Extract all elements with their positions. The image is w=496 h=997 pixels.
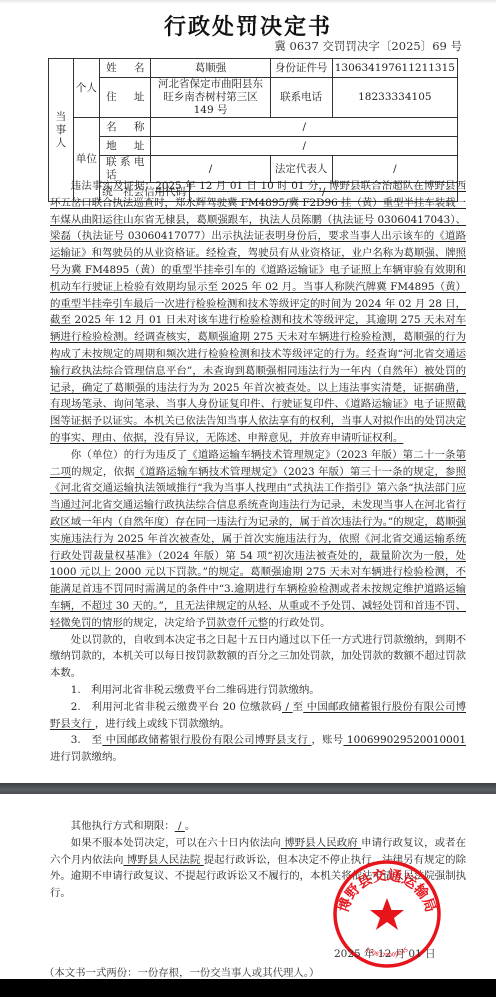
document-page-1: 行政处罚决定书 冀 0637 交罚罚决字〔2025〕69 号 当事人 个人 姓 …: [0, 0, 496, 783]
method2-suffix: ，进行线上或线下罚款缴纳。: [95, 718, 230, 730]
payment-intro: 处以罚款的，自收到本决定书之日起十五日内通过以下任一方式进行罚款缴纳，到期不缴纳…: [50, 632, 466, 682]
legal-basis: 《道路运输车辆技术管理规定》（2023 年版）第三十一条的规定，参照《河北省交通…: [50, 466, 466, 629]
individual-label: 个人: [73, 59, 100, 118]
unit-name-label: 名 称: [100, 118, 151, 137]
violation-paragraph: 你（单位）的行为违反了《道路运输车辆技术管理规定》（2023 年版）第二十一条第…: [50, 447, 466, 632]
penalty: 罚款壹仟元整: [206, 617, 268, 629]
other-exec-value: /: [175, 820, 185, 832]
phone-label: 联系电话: [270, 78, 332, 118]
decision-prefix: 的规定，决定给予: [123, 617, 206, 629]
method3-bank: 中国邮政储蓄银行股份有限公司博野县支行: [102, 734, 311, 746]
document-title: 行政处罚决定书: [0, 10, 496, 41]
unit-address-value: /: [151, 137, 458, 156]
address-value: 河北省保定市曲阳县东旺乡南杏树村第三区 149 号: [151, 78, 270, 118]
bank-account: 100699029520010001: [343, 734, 466, 746]
method2-prefix: 2. 利用河北省非税云缴费平台 20 位缴款码: [71, 701, 282, 713]
payment-method-2: 2. 利用河北省非税云缴费平台 20 位缴款码 / 至 中国邮政储蓄银行股份有限…: [50, 699, 466, 733]
appeal-prefix: 如果不服本处罚决定，可以在六十日内依法向: [71, 837, 281, 849]
footer-note: （本文书一式两份：一份存根，一份交当事人或其代理人。）: [44, 964, 319, 979]
page-divider: [0, 783, 496, 794]
payment-code: /: [282, 701, 293, 713]
name-label: 姓 名: [100, 59, 151, 78]
facts-label: 违法事实及证据：: [71, 180, 155, 192]
facts-text: 2025 年 12 月 01 日 10 时 01 分，博野县联合治超队在博野县西…: [50, 180, 466, 444]
method3-mid: ，账号: [312, 734, 344, 746]
payment-method-1: 1. 利用河北省非税云缴费平台二维码进行罚款缴纳。: [50, 682, 466, 699]
unit-address-label: 地 址: [100, 137, 151, 156]
payment-method-3: 3. 至 中国邮政储蓄银行股份有限公司博野县支行 ，账号 10069902952…: [50, 732, 466, 766]
id-label: 身份证件号: [270, 59, 332, 78]
phone-value: 18233334105: [332, 78, 457, 118]
court: 博野县人民法院: [123, 854, 203, 866]
method2-mid: 至: [293, 701, 304, 713]
address-label: 住 址: [100, 78, 151, 118]
review-org: 博野县人民政府: [281, 837, 361, 849]
violation-prefix: 你（单位）的行为违反了: [71, 449, 188, 461]
top-shade: [0, 0, 496, 4]
method3-prefix: 3. 至: [71, 734, 102, 746]
other-exec-label: 其他执行方式和期限：: [71, 820, 175, 832]
document-number: 冀 0637 交罚罚决字〔2025〕69 号: [274, 38, 462, 54]
decision-suffix: 的行政处罚。: [268, 617, 330, 629]
method3-suffix: 进行罚款缴纳。: [50, 751, 123, 763]
violation-mid: 的规定，依据: [71, 466, 134, 478]
unit-name-value: /: [151, 118, 458, 137]
issue-date: 2025 年 12 月 01 日: [334, 946, 436, 961]
facts-section: 违法事实及证据：2025 年 12 月 01 日 10 时 01 分，博野县联合…: [50, 178, 466, 766]
name-value: 葛顺强: [151, 59, 270, 78]
id-value: 130634197611211315: [332, 59, 457, 78]
